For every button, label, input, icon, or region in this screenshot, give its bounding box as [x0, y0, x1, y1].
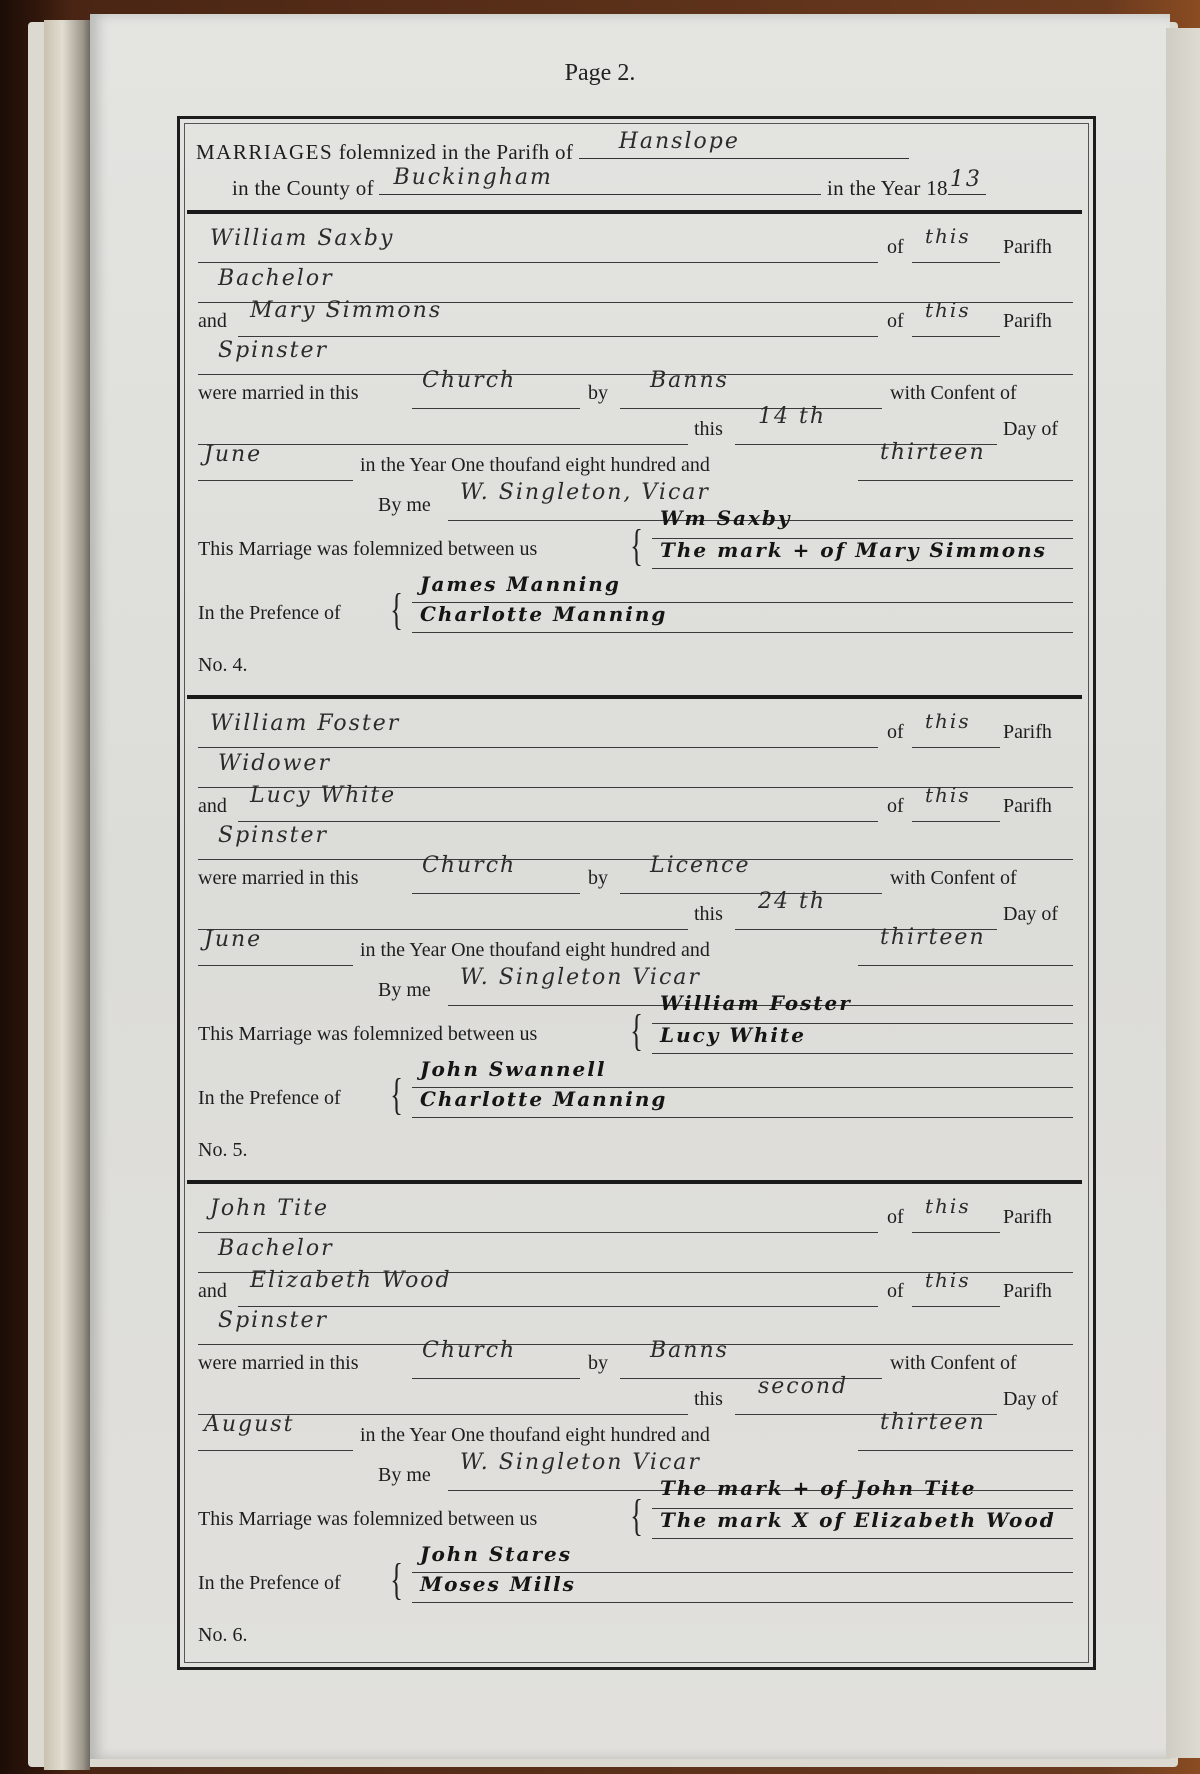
groom-parish-line — [912, 747, 1000, 748]
entry-number: No. 6. — [198, 1624, 247, 1647]
groom-parish-line — [912, 262, 1000, 263]
consent-line — [198, 444, 688, 445]
place-value: Church — [422, 853, 516, 878]
month-line — [198, 965, 353, 966]
bride-condition-line — [198, 1344, 1073, 1345]
bride-name: Mary Simmons — [250, 298, 442, 323]
witness-1: James Manning — [420, 572, 621, 596]
parish-label: Parifh — [1003, 721, 1052, 744]
year-word-value: thirteen — [880, 925, 986, 950]
month-value: August — [204, 1412, 294, 1437]
and-label: and — [198, 310, 227, 333]
month-line — [198, 1450, 353, 1451]
presence-label: In the Prefence of — [198, 1572, 341, 1595]
by-me-label: By me — [378, 494, 431, 517]
consent-label: with Confent of — [890, 867, 1017, 890]
place-line — [412, 893, 580, 894]
presence-label: In the Prefence of — [198, 602, 341, 625]
groom-condition: Widower — [218, 751, 331, 776]
groom-name: John Tite — [210, 1196, 329, 1221]
this-label: this — [694, 1388, 723, 1411]
and-label: and — [198, 1280, 227, 1303]
this-label: this — [694, 903, 723, 926]
month-line — [198, 480, 353, 481]
year-word-line — [858, 965, 1073, 966]
day-value: 14 th — [758, 404, 826, 429]
groom-name: William Saxby — [210, 226, 394, 251]
married-in-label: were married in this — [198, 1352, 359, 1375]
consent-label: with Confent of — [890, 382, 1017, 405]
by-value: Licence — [650, 853, 751, 878]
day-of-label: Day of — [1003, 418, 1058, 441]
by-value: Banns — [650, 1338, 729, 1363]
consent-label: with Confent of — [890, 1352, 1017, 1375]
signature-2-line — [652, 568, 1073, 569]
bride-parish-line — [912, 821, 1000, 822]
place-line — [412, 408, 580, 409]
by-label: by — [588, 867, 608, 890]
county-label: in the County of — [232, 176, 374, 200]
groom-condition: Bachelor — [218, 266, 334, 291]
bride-name-line — [238, 1306, 878, 1307]
officiant-value: W. Singleton Vicar — [460, 965, 701, 990]
divider-rule — [187, 1180, 1082, 1184]
signature-1: Wm Saxby — [660, 506, 792, 530]
signature-1: The mark + of John Tite — [660, 1476, 977, 1500]
page-number: Page 2. — [0, 60, 1200, 87]
witness-1: John Swannell — [420, 1057, 606, 1081]
bride-parish-line — [912, 1306, 1000, 1307]
signature-2: The mark X of Elizabeth Wood — [660, 1508, 1056, 1532]
witness-2: Moses Mills — [420, 1572, 576, 1596]
parish-label: Parifh — [1003, 310, 1052, 333]
witness-2: Charlotte Manning — [420, 602, 667, 626]
year-word-value: thirteen — [880, 440, 986, 465]
year-word-line — [858, 480, 1073, 481]
place-value: Church — [422, 1338, 516, 1363]
solemnized-between-label: This Marriage was folemnized between us — [198, 538, 537, 561]
married-in-label: were married in this — [198, 382, 359, 405]
year-text: in the Year One thoufand eight hundred a… — [360, 1424, 710, 1447]
divider-rule — [187, 695, 1082, 699]
of-label: of — [887, 310, 904, 333]
year-word-value: thirteen — [880, 1410, 986, 1435]
of-label: of — [887, 1280, 904, 1303]
bride-parish: this — [925, 298, 971, 322]
bride-condition: Spinster — [218, 1308, 328, 1333]
signature-1: William Foster — [660, 991, 852, 1015]
groom-name-line — [198, 262, 878, 263]
bride-name-line — [238, 336, 878, 337]
brace-icon: { — [390, 1073, 403, 1117]
register-header: MARRIAGES folemnized in the Parifh of Ha… — [190, 126, 1075, 211]
year-text: in the Year One thoufand eight hundred a… — [360, 454, 710, 477]
by-me-label: By me — [378, 979, 431, 1002]
place-value: Church — [422, 368, 516, 393]
county-field: Buckingham — [379, 172, 821, 195]
officiant-value: W. Singleton, Vicar — [460, 480, 710, 505]
month-value: June — [204, 927, 262, 952]
brace-icon: { — [630, 524, 643, 568]
bride-parish: this — [925, 1268, 971, 1292]
signature-2-line — [652, 1053, 1073, 1054]
by-value: Banns — [650, 368, 729, 393]
witness-2: Charlotte Manning — [420, 1087, 667, 1111]
and-label: and — [198, 795, 227, 818]
presence-label: In the Prefence of — [198, 1087, 341, 1110]
page-spine-edge — [44, 20, 90, 1770]
divider-rule — [187, 210, 1082, 214]
brace-icon: { — [390, 1558, 403, 1602]
month-value: June — [204, 442, 262, 467]
groom-parish-line — [912, 1232, 1000, 1233]
marriages-heading: MARRIAGES — [196, 140, 333, 164]
groom-parish: this — [925, 1194, 971, 1218]
groom-parish: this — [925, 224, 971, 248]
parish-label: Parifh — [1003, 1206, 1052, 1229]
by-me-label: By me — [378, 1464, 431, 1487]
brace-icon: { — [390, 588, 403, 632]
year-word-line — [858, 1450, 1073, 1451]
witness-2-line — [412, 1117, 1073, 1118]
county-value: Buckingham — [393, 165, 552, 190]
solemnized-between-label: This Marriage was folemnized between us — [198, 1023, 537, 1046]
by-line — [620, 408, 882, 409]
entry-number: No. 4. — [198, 654, 247, 677]
year-value: 13 — [950, 167, 982, 192]
bride-parish: this — [925, 783, 971, 807]
groom-condition: Bachelor — [218, 1236, 334, 1261]
witness-1: John Stares — [420, 1542, 572, 1566]
groom-name: William Foster — [210, 711, 400, 736]
parish-label: Parifh — [1003, 795, 1052, 818]
marriage-entry: William Saxby of this Parifh Bachelor an… — [190, 218, 1075, 688]
marriage-entry: John Tite of this Parifh Bachelor and El… — [190, 1188, 1075, 1658]
bride-name: Elizabeth Wood — [250, 1268, 452, 1293]
facing-page-edge — [1166, 28, 1200, 1758]
parish-label: Parifh — [1003, 1280, 1052, 1303]
groom-parish: this — [925, 709, 971, 733]
witness-2-line — [412, 1602, 1073, 1603]
bride-condition-line — [198, 374, 1073, 375]
groom-name-line — [198, 1232, 878, 1233]
officiant-value: W. Singleton Vicar — [460, 1450, 701, 1475]
signature-2-line — [652, 1538, 1073, 1539]
signature-2: Lucy White — [660, 1023, 806, 1047]
year-text: in the Year One thoufand eight hundred a… — [360, 939, 710, 962]
by-label: by — [588, 1352, 608, 1375]
brace-icon: { — [630, 1009, 643, 1053]
bride-name: Lucy White — [250, 783, 396, 808]
day-value: second — [758, 1374, 848, 1399]
day-of-label: Day of — [1003, 903, 1058, 926]
solemnized-between-label: This Marriage was folemnized between us — [198, 1508, 537, 1531]
bride-condition-line — [198, 859, 1073, 860]
bride-name-line — [238, 821, 878, 822]
brace-icon: { — [630, 1494, 643, 1538]
marriage-entry: William Foster of this Parifh Widower an… — [190, 703, 1075, 1173]
parish-label: Parifh — [1003, 236, 1052, 259]
day-of-label: Day of — [1003, 1388, 1058, 1411]
by-line — [620, 893, 882, 894]
of-label: of — [887, 795, 904, 818]
year-field: 13 — [948, 172, 986, 195]
parish-value: Hanslope — [619, 129, 740, 154]
bride-condition: Spinster — [218, 823, 328, 848]
bride-parish-line — [912, 336, 1000, 337]
entry-number: No. 5. — [198, 1139, 247, 1162]
parish-field: Hanslope — [579, 136, 909, 159]
by-label: by — [588, 382, 608, 405]
consent-line — [198, 929, 688, 930]
solemnized-label: folemnized in the Parifh of — [339, 140, 573, 164]
place-line — [412, 1378, 580, 1379]
witness-2-line — [412, 632, 1073, 633]
signature-2: The mark + of Mary Simmons — [660, 538, 1047, 562]
bride-condition: Spinster — [218, 338, 328, 363]
day-value: 24 th — [758, 889, 826, 914]
this-label: this — [694, 418, 723, 441]
year-label: in the Year 18 — [827, 176, 948, 200]
married-in-label: were married in this — [198, 867, 359, 890]
groom-name-line — [198, 747, 878, 748]
